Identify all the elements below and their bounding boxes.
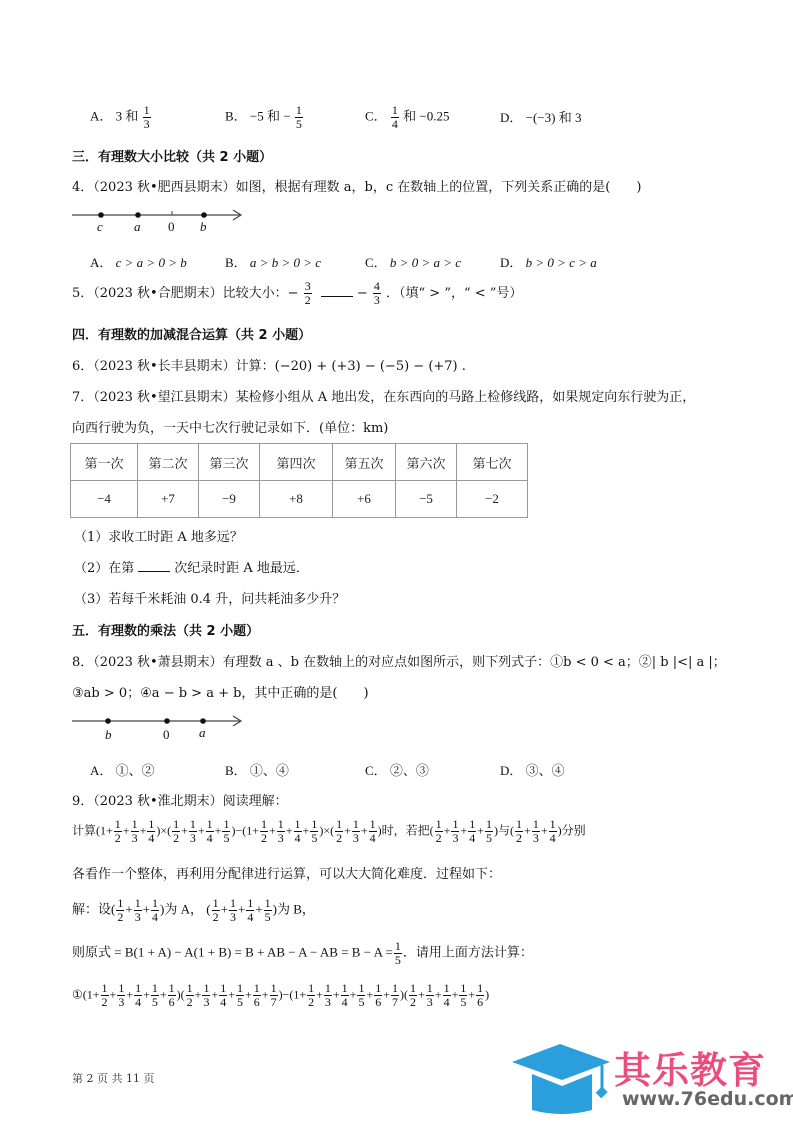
graduation-cap-icon bbox=[510, 1040, 614, 1116]
option-text: −(−3) 和 3 bbox=[526, 110, 582, 125]
table-header: 第五次 bbox=[333, 444, 396, 481]
q8-option-c: C． ②、③ bbox=[365, 760, 429, 779]
q9-derivation: 则原式 = B(1 + A) − A(1 + B) = B + AB − A −… bbox=[72, 940, 533, 967]
page-number: 第 2 页 共 11 页 bbox=[72, 1070, 154, 1086]
table-header: 第六次 bbox=[396, 444, 457, 481]
q3-option-c: C． 14 和 −0.25 bbox=[365, 104, 450, 131]
table-cell: +7 bbox=[138, 481, 199, 518]
numline-label-zero: 0 bbox=[168, 219, 175, 235]
answer-blank[interactable] bbox=[138, 559, 170, 572]
q3-option-d: D． −(−3) 和 3 bbox=[500, 107, 581, 126]
numline-label-b: b bbox=[200, 219, 207, 235]
table-header: 第二次 bbox=[138, 444, 199, 481]
q7-line1: 7．（2023 秋•望江县期末）某检修小组从 A 地出发，在东西向的马路上检修线… bbox=[72, 386, 695, 405]
q8-option-b: B． ①、④ bbox=[225, 760, 289, 779]
table-cell: −9 bbox=[199, 481, 260, 518]
fraction: 14 bbox=[391, 104, 399, 131]
option-label: C． bbox=[365, 108, 387, 123]
q3-option-a: A． 3 和 13 bbox=[90, 104, 152, 131]
logo-name: 其乐教育 bbox=[614, 1040, 766, 1094]
table-cell: −4 bbox=[71, 481, 138, 518]
numline-label-a: a bbox=[199, 725, 206, 741]
table-cell: −5 bbox=[396, 481, 457, 518]
numline-label-c: c bbox=[97, 219, 103, 235]
fraction: 13 bbox=[143, 104, 151, 131]
q7-line2: 向西行驶为负，一天中七次行驶记录如下．(单位：km) bbox=[72, 417, 388, 436]
option-text: 3 和 bbox=[116, 108, 139, 123]
numline-label-zero: 0 bbox=[163, 727, 170, 743]
table-header: 第三次 bbox=[199, 444, 260, 481]
table-header: 第四次 bbox=[260, 444, 333, 481]
q9-calc-line: 计算(1+12+13+14)×(12+13+14+15)−(1+12+13+14… bbox=[72, 818, 586, 845]
q9-title: 9．（2023 秋•淮北期末）阅读理解： bbox=[72, 790, 288, 809]
table-cell: −2 bbox=[457, 481, 528, 518]
q4-stem: 4．（2023 秋•肥西县期末）如图，根据有理数 a，b，c 在数轴上的位置，下… bbox=[72, 176, 641, 195]
option-label: D． bbox=[500, 110, 522, 125]
q7-sub1: （1）求收工时距 A 地多远？ bbox=[74, 526, 243, 545]
q9-line3: 各看作一个整体，再利用分配律进行运算，可以大大简化难度．过程如下： bbox=[72, 863, 501, 882]
numline-label-b: b bbox=[105, 727, 112, 743]
q8-line1: 8．（2023 秋•萧县期末）有理数 a 、b 在数轴上的对应点如图所示，则下列… bbox=[72, 651, 726, 670]
q4-option-a: A． c > a > 0 > b bbox=[90, 252, 187, 271]
q8-line2: ③ab > 0；④a − b > a + b，其中正确的是( ) bbox=[72, 682, 369, 701]
table-header: 第七次 bbox=[457, 444, 528, 481]
drive-record-table: 第一次 第二次 第三次 第四次 第五次 第六次 第七次 −4 +7 −9 +8 … bbox=[70, 443, 528, 518]
answer-blank[interactable] bbox=[321, 284, 353, 297]
fraction: 32 bbox=[304, 280, 312, 307]
section-title-4: 四．有理数的加减混合运算（共 2 小题） bbox=[72, 324, 311, 343]
option-text: 和 −0.25 bbox=[403, 108, 449, 123]
q7-sub2: （2）在第次纪录时距 A 地最远． bbox=[74, 557, 309, 576]
option-label: B． bbox=[225, 108, 247, 123]
option-text: −5 和 − bbox=[250, 108, 291, 123]
numline-label-a: a bbox=[134, 219, 141, 235]
q6-stem: 6．（2023 秋•长丰县期末）计算：(−20) + (+3) − (−5) −… bbox=[72, 355, 466, 374]
table-row: −4 +7 −9 +8 +6 −5 −2 bbox=[71, 481, 528, 518]
q4-option-c: C． b > 0 > a > c bbox=[365, 252, 461, 271]
logo-url: www.76edu.com bbox=[622, 1088, 793, 1110]
q8-option-a: A． ①、② bbox=[90, 760, 155, 779]
number-line-q8 bbox=[70, 712, 250, 744]
q8-option-d: D． ③、④ bbox=[500, 760, 565, 779]
q4-option-b: B． a > b > 0 > c bbox=[225, 252, 321, 271]
section-title-3: 三．有理数大小比较（共 2 小题） bbox=[72, 146, 272, 165]
q7-sub3: （3）若每千米耗油 0.4 升，问共耗油多少升？ bbox=[74, 588, 345, 607]
q9-solution-def: 解：设(12+13+14)为 A， (12+13+14+15)为 B， bbox=[72, 897, 315, 924]
option-label: A． bbox=[90, 108, 112, 123]
fraction: 43 bbox=[373, 280, 381, 307]
table-cell: +6 bbox=[333, 481, 396, 518]
section-title-5: 五．有理数的乘法（共 2 小题） bbox=[72, 620, 259, 639]
fraction: 15 bbox=[295, 104, 303, 131]
table-cell: +8 bbox=[260, 481, 333, 518]
table-header: 第一次 bbox=[71, 444, 138, 481]
q4-option-d: D． b > 0 > c > a bbox=[500, 252, 597, 271]
q5-stem: 5．（2023 秋•合肥期末）比较大小：− 32 − 43 ．（填“ > ”，“… bbox=[72, 280, 522, 307]
table-header-row: 第一次 第二次 第三次 第四次 第五次 第六次 第七次 bbox=[71, 444, 528, 481]
q9-task-1: ①(1+12+13+14+15+16)(12+13+14+15+16+17)−(… bbox=[72, 982, 489, 1009]
q3-option-b: B． −5 和 − 15 bbox=[225, 104, 304, 131]
